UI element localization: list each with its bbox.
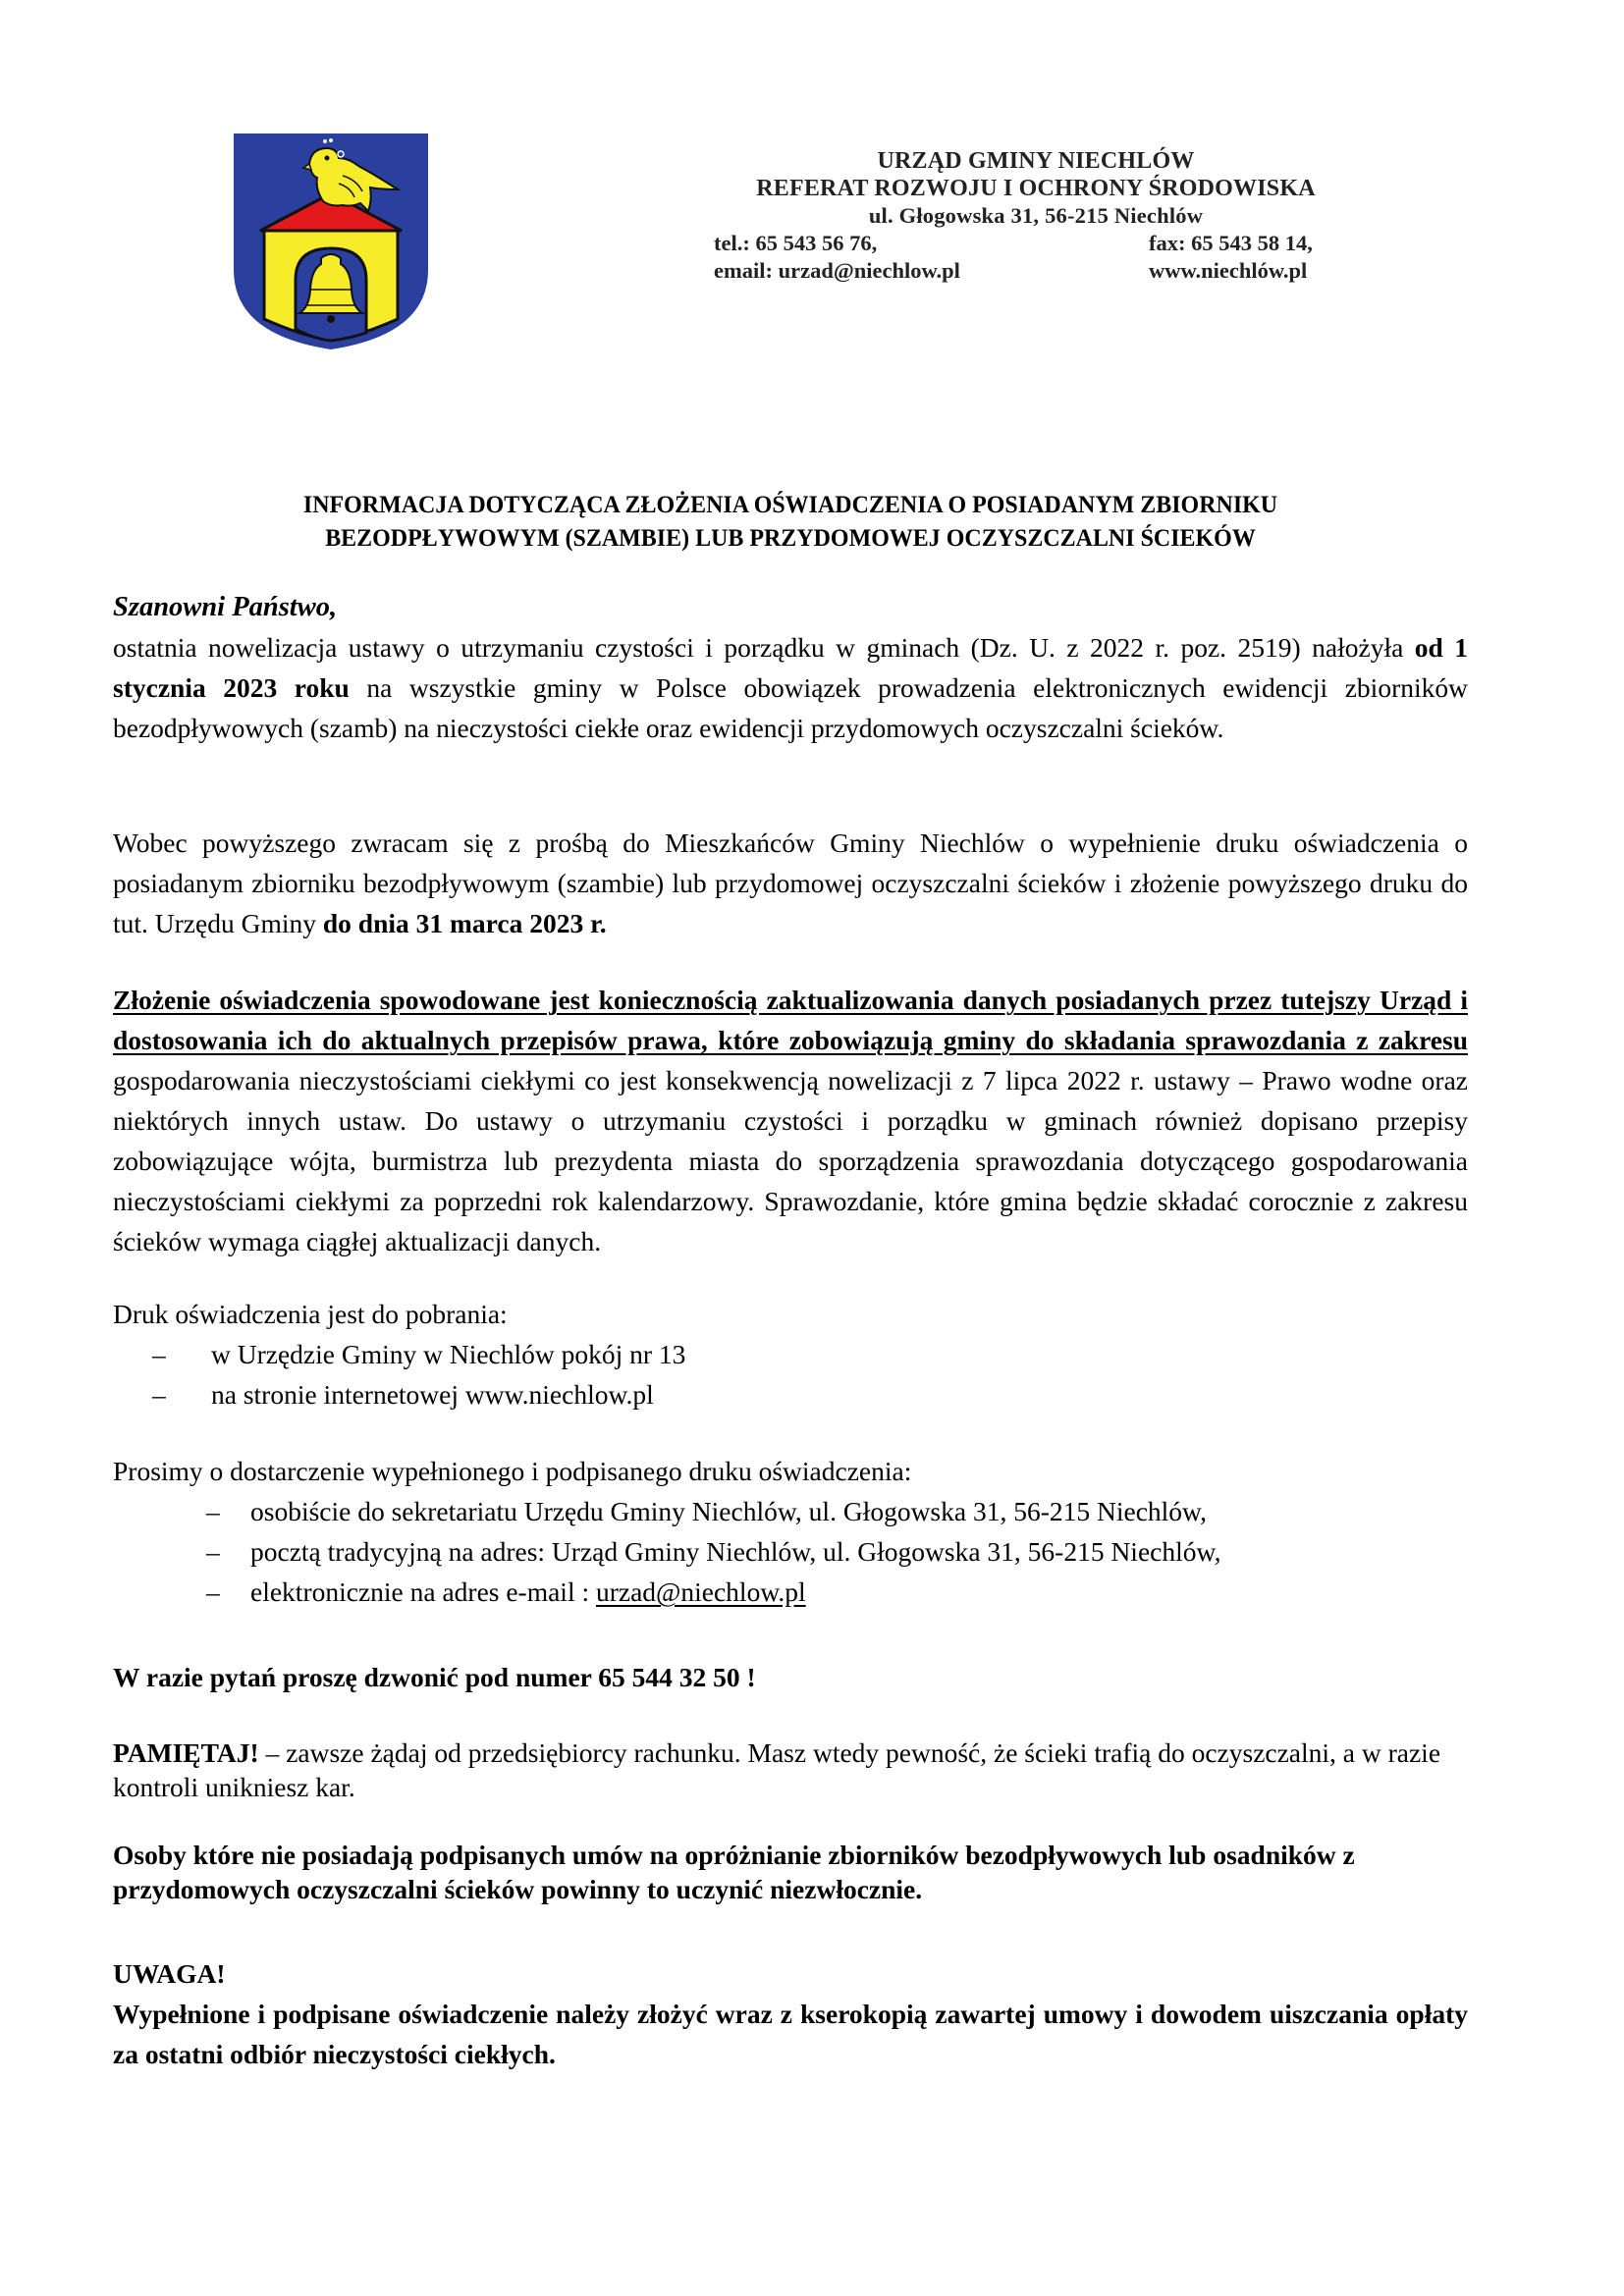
- reason-underlined: Złożenie oświadczenia spowodowane jest k…: [113, 985, 1468, 1055]
- intro-paragraph: ostatnia nowelizacja ustawy o utrzymaniu…: [113, 627, 1468, 748]
- remember-text: – zawsze żądaj od przedsiębiorcy rachunk…: [113, 1737, 1440, 1802]
- warning-text: Wypełnione i podpisane oświadczenie nale…: [113, 1994, 1468, 2074]
- remember-paragraph: PAMIĘTAJ! – zawsze żądaj od przedsiębior…: [113, 1735, 1468, 1804]
- delivery-email-prefix: elektronicznie na adres e-mail :: [250, 1576, 596, 1607]
- request-paragraph: Wobec powyższego zwracam się z prośbą do…: [113, 823, 1468, 943]
- download-item: na stronie internetowej www.niechlow.pl: [113, 1374, 1468, 1415]
- request-deadline: do dnia 31 marca 2023 r.: [323, 908, 607, 938]
- office-fax: fax: 65 543 58 14,: [1149, 230, 1350, 257]
- document-title: INFORMACJA DOTYCZĄCA ZŁOŻENIA OŚWIADCZEN…: [153, 488, 1427, 555]
- office-name: URZĄD GMINY NIECHLÓW: [712, 147, 1360, 175]
- request-text: Wobec powyższego zwracam się z prośbą do…: [113, 828, 1468, 938]
- delivery-list: osobiście do sekretariatu Urzędu Gminy N…: [113, 1491, 1468, 1612]
- warning-section: UWAGA! Wypełnione i podpisane oświadczen…: [113, 1953, 1468, 2074]
- delivery-item-email: elektronicznie na adres e-mail : urzad@n…: [113, 1572, 1468, 1612]
- intro-section: Szanowni Państwo, ostatnia nowelizacja u…: [113, 587, 1468, 748]
- phone-notice: W razie pytań proszę dzwonić pod numer 6…: [113, 1657, 1468, 1697]
- intro-text-a: ostatnia nowelizacja ustawy o utrzymaniu…: [113, 632, 1415, 663]
- contact-row-phone: tel.: 65 543 56 76, fax: 65 543 58 14,: [712, 230, 1360, 257]
- title-line-1: INFORMACJA DOTYCZĄCA ZŁOŻENIA OŚWIADCZEN…: [153, 488, 1427, 521]
- municipality-crest-icon: [233, 133, 429, 350]
- download-section: Druk oświadczenia jest do pobrania: w Ur…: [113, 1294, 1468, 1415]
- contracts-notice: Osoby które nie posiadają podpisanych um…: [113, 1838, 1468, 1906]
- greeting: Szanowni Państwo,: [113, 587, 1468, 627]
- reason-text: gospodarowania nieczystościami ciekłymi …: [113, 1065, 1468, 1256]
- office-phone: tel.: 65 543 56 76,: [714, 230, 877, 257]
- delivery-email-link[interactable]: urzad@niechlow.pl: [596, 1576, 806, 1607]
- download-heading: Druk oświadczenia jest do pobrania:: [113, 1294, 1468, 1334]
- letterhead: URZĄD GMINY NIECHLÓW REFERAT ROZWOJU I O…: [712, 147, 1360, 285]
- reason-paragraph: Złożenie oświadczenia spowodowane jest k…: [113, 980, 1468, 1261]
- download-item: w Urzędzie Gminy w Niechlów pokój nr 13: [113, 1334, 1468, 1374]
- office-address: ul. Głogowska 31, 56-215 Niechlów: [712, 202, 1360, 230]
- delivery-section: Prosimy o dostarczenie wypełnionego i po…: [113, 1451, 1468, 1612]
- remember-label: PAMIĘTAJ!: [113, 1737, 259, 1768]
- delivery-item: osobiście do sekretariatu Urzędu Gminy N…: [113, 1491, 1468, 1531]
- contact-row-web: email: urzad@niechlow.pl www.niechlów.pl: [712, 257, 1360, 285]
- download-list: w Urzędzie Gminy w Niechlów pokój nr 13 …: [113, 1334, 1468, 1415]
- office-email[interactable]: email: urzad@niechlow.pl: [714, 257, 960, 285]
- delivery-heading: Prosimy o dostarczenie wypełnionego i po…: [113, 1451, 1468, 1491]
- warning-label: UWAGA!: [113, 1953, 1468, 1994]
- department-name: REFERAT ROZWOJU I OCHRONY ŚRODOWISKA: [712, 175, 1360, 202]
- document-page: URZĄD GMINY NIECHLÓW REFERAT ROZWOJU I O…: [0, 0, 1624, 2296]
- office-website[interactable]: www.niechlów.pl: [1149, 257, 1350, 285]
- title-line-2: BEZODPŁYWOWYM (SZAMBIE) LUB PRZYDOMOWEJ …: [153, 521, 1427, 555]
- delivery-item: pocztą tradycyjną na adres: Urząd Gminy …: [113, 1531, 1468, 1572]
